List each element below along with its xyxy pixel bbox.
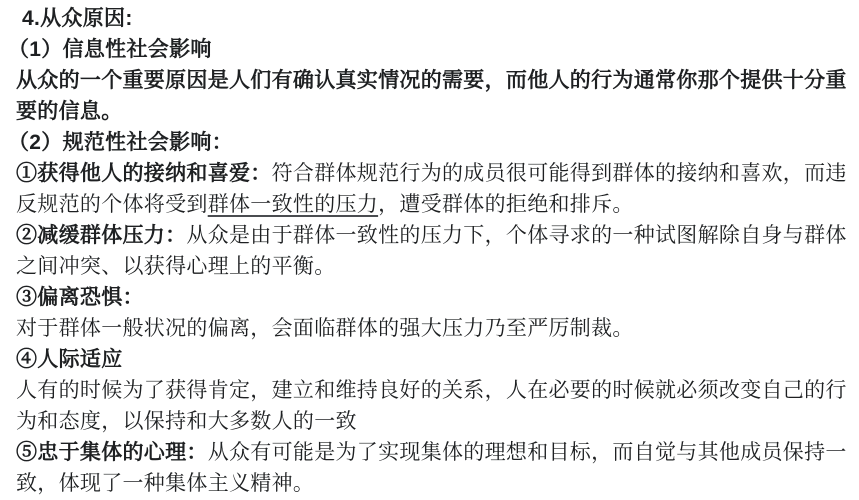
heading-text: 要的信息。 (16, 100, 123, 123)
body-text: 人有的时候为了获得肯定，建立和维持良好的关系，人在必要的时候就必须改变自己的行 (16, 379, 847, 402)
text-line: ⑤忠于集体的心理：从众有可能是为了实现集体的理想和目标，而自觉与其他成员保持一 (0, 437, 859, 468)
text-line: 致，体现了一种集体主义精神。 (0, 468, 859, 499)
text-line: ②减缓群体压力：从众是由于群体一致性的压力下，个体寻求的一种试图解除自身与群体 (0, 220, 859, 251)
body-text: 反规范的个体将受到 (16, 193, 208, 216)
body-text: 从众有可能是为了实现集体的理想和目标，而自觉与其他成员保持一 (208, 441, 847, 464)
text-line: 从众的一个重要原因是人们有确认真实情况的需要，而他人的行为通常你那个提供十分重 (0, 65, 859, 96)
text-line: 要的信息。 (0, 96, 859, 127)
body-text: 符合群体规范行为的成员很可能得到群体的接纳和喜欢，而违 (272, 162, 847, 185)
heading-text: ②减缓群体压力： (16, 224, 186, 247)
text-line: 为和态度，以保持和大多数人的一致 (0, 406, 859, 437)
heading-text: （1）信息性社会影响 (8, 38, 212, 61)
heading-text: 从众的一个重要原因是人们有确认真实情况的需要，而他人的行为通常你那个提供十分重 (16, 69, 847, 92)
heading-text: ④人际适应 (16, 348, 123, 371)
text-line: 4.从众原因: (0, 3, 859, 34)
text-line: （1）信息性社会影响 (0, 34, 859, 65)
body-text: 为和态度，以保持和大多数人的一致 (16, 410, 357, 433)
heading-text: ①获得他人的接纳和喜爱： (16, 162, 272, 185)
text-line: 之间冲突、以获得心理上的平衡。 (0, 251, 859, 282)
page: { "page": { "background_color": "#ffffff… (0, 0, 859, 500)
body-text: 之间冲突、以获得心理上的平衡。 (16, 255, 336, 278)
text-line: ④人际适应 (0, 344, 859, 375)
text-line: 人有的时候为了获得肯定，建立和维持良好的关系，人在必要的时候就必须改变自己的行 (0, 375, 859, 406)
text-line: ③偏离恐惧： (0, 282, 859, 313)
body-text: 致，体现了一种集体主义精神。 (16, 472, 314, 495)
heading-text: 4.从众原因: (22, 7, 133, 30)
document-body: 4.从众原因:（1）信息性社会影响从众的一个重要原因是人们有确认真实情况的需要，… (0, 0, 859, 499)
text-line: （2）规范性社会影响： (0, 127, 859, 158)
body-text: 对于群体一般状况的偏离，会面临群体的强大压力乃至严厉制裁。 (16, 317, 634, 340)
underlined-text: 群体一致性的压力 (208, 193, 378, 216)
text-line: 反规范的个体将受到群体一致性的压力，遭受群体的拒绝和排斥。 (0, 189, 859, 220)
heading-text: ③偏离恐惧： (16, 286, 144, 309)
heading-text: ⑤忠于集体的心理： (16, 441, 208, 464)
heading-text: （2）规范性社会影响： (8, 131, 233, 154)
text-line: 对于群体一般状况的偏离，会面临群体的强大压力乃至严厉制裁。 (0, 313, 859, 344)
body-text: ，遭受群体的拒绝和排斥。 (378, 193, 634, 216)
text-line: ①获得他人的接纳和喜爱：符合群体规范行为的成员很可能得到群体的接纳和喜欢，而违 (0, 158, 859, 189)
body-text: 从众是由于群体一致性的压力下，个体寻求的一种试图解除自身与群体 (186, 224, 846, 247)
